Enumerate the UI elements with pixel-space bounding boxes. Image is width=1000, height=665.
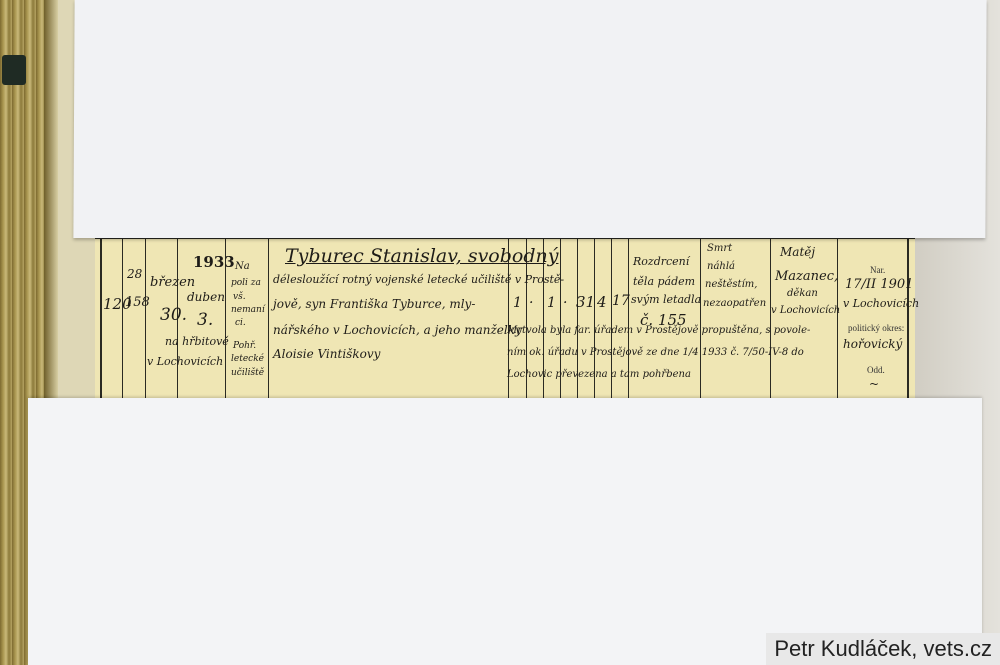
death-type-text: náhlá [707, 261, 735, 272]
cause-text: Rozdrcení [633, 255, 689, 268]
rite-text: poli za [231, 278, 261, 288]
death-month: březen [150, 275, 195, 290]
rite-text: letecké [231, 354, 264, 364]
officiant-text: Matěj [780, 245, 815, 259]
description-line: nářského v Lochovicích, a jeho manželky [273, 323, 522, 337]
officiant-text: Mazanec, [775, 269, 838, 284]
tally-mark: 4 [597, 293, 607, 311]
note-line: Mrtvola byla far. úřadem v Prostějově pr… [507, 325, 810, 336]
note-line: ním ok. úřadu v Prostějově ze dne 1/4 19… [507, 347, 804, 358]
burial-place-2: v Lochovicích [147, 355, 223, 368]
tally-mark: 1 [513, 295, 522, 311]
column-rule [907, 235, 909, 405]
cause-text: těla pádem [633, 275, 695, 288]
birth-label: Nar. [870, 265, 885, 275]
tally-mark: 31 [576, 293, 595, 311]
officiant-text: v Lochovicích [771, 305, 840, 316]
rite-text: Pohř. [233, 341, 256, 351]
rite-text: Na [235, 261, 250, 272]
district-label: politický okres: [848, 323, 904, 333]
column-rule [770, 235, 771, 405]
tally-mark: 17 [612, 293, 630, 309]
binder-clip [2, 55, 26, 85]
tally-mark: · [529, 295, 533, 311]
cause-text: svým letadla [631, 293, 701, 306]
house-number-1: 28 [127, 267, 142, 281]
burial-day: 3. [197, 310, 213, 330]
column-rule [837, 235, 838, 405]
note-line: Lochovic převezena a tam pohřbena [507, 369, 691, 380]
cover-sheet-bottom [28, 398, 982, 665]
cover-sheet-top [73, 0, 986, 238]
year: 1933 [193, 253, 235, 271]
photo-credit-caption: Petr Kudláček, vets.cz [766, 633, 1000, 665]
rite-text: učiliště [231, 368, 264, 378]
department-value: ~ [869, 377, 879, 391]
column-rule [700, 235, 701, 405]
district-value: hořovický [843, 337, 902, 351]
column-rule [268, 235, 269, 405]
department-label: Odd. [867, 365, 885, 375]
description-line: Aloisie Vintiškovy [273, 347, 380, 361]
rite-text: vš. [233, 292, 246, 302]
column-rule [145, 235, 146, 405]
death-type-text: nezaopatřen [703, 298, 766, 309]
death-day: 30. [160, 305, 187, 325]
deceased-name: Tyburec Stanislav, svobodný [285, 245, 558, 267]
officiant-text: děkan [787, 288, 818, 299]
birth-date: 17/II 1901 [845, 277, 913, 292]
tally-mark: · [563, 295, 567, 311]
burial-place-1: na hřbitově [165, 335, 229, 348]
column-rule [122, 235, 123, 405]
death-type-text: Smrt [707, 243, 732, 254]
register-row: 120 28 158 1933 březen 30. duben 3. na h… [95, 225, 915, 405]
house-number-2: 158 [125, 295, 150, 310]
description-line: jově, syn Františka Tyburce, mly- [273, 297, 475, 311]
birth-place: v Lochovicích [843, 297, 919, 310]
tally-mark: 1 [547, 295, 556, 311]
rite-text: nemaní [231, 305, 265, 315]
column-rule [100, 235, 102, 405]
burial-month: duben [187, 290, 225, 304]
rite-text: ci. [235, 318, 246, 328]
description-line: délesloužící rotný vojenské letecké učil… [273, 273, 564, 286]
death-type-text: neštěstím, [705, 279, 757, 290]
